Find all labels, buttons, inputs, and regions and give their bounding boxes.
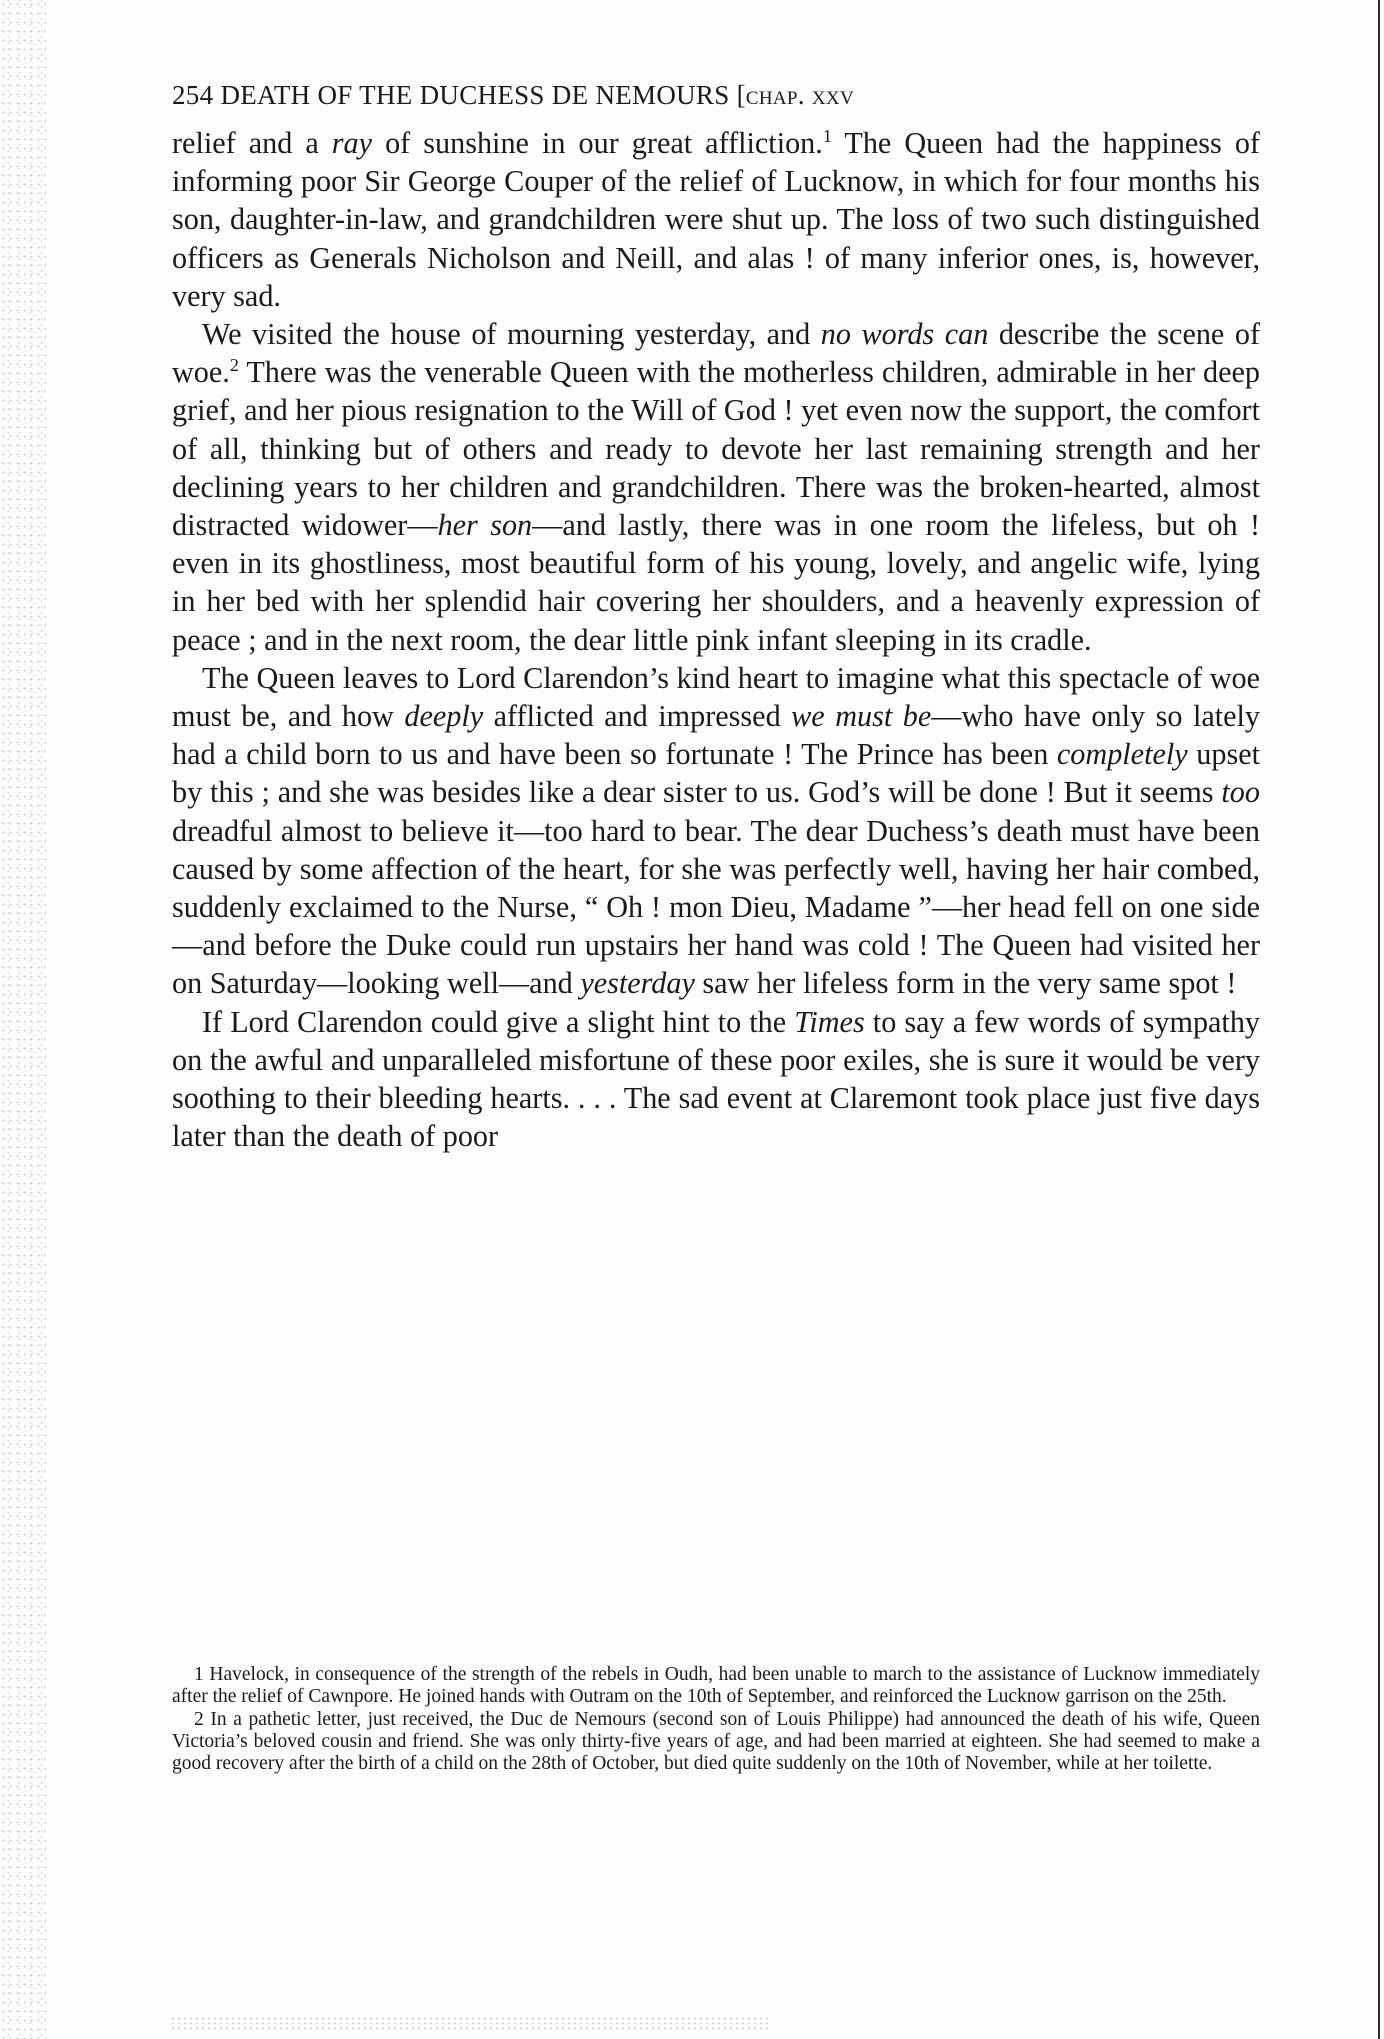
italic-emphasis: her son (438, 508, 533, 542)
italic-emphasis: completely (1057, 737, 1188, 771)
italic-emphasis: deeply (404, 699, 483, 733)
chapter-label: [chap. xxv (737, 80, 854, 110)
body-paragraph: If Lord Clarendon could give a slight hi… (172, 1003, 1260, 1156)
text-run: We visited the house of mourning yesterd… (202, 317, 821, 351)
scan-bottom-speckle (170, 2016, 770, 2030)
text-run: relief and a (172, 126, 332, 160)
footnote-text: In a pathetic letter, just received, the… (172, 1709, 1260, 1775)
footnote-reference: 2 (230, 355, 239, 375)
running-head: 254 DEATH OF THE DUCHESS DE NEMOURS [cha… (172, 80, 1260, 116)
body-paragraph: We visited the house of mourning yesterd… (172, 315, 1260, 659)
italic-emphasis: too (1221, 775, 1260, 809)
body-paragraph: relief and a ray of sunshine in our grea… (172, 124, 1260, 315)
italic-emphasis: Times (794, 1005, 864, 1039)
italic-emphasis: yesterday (580, 966, 695, 1000)
italic-emphasis: we must be (791, 699, 931, 733)
text-run: saw her lifeless form in the very same s… (695, 966, 1237, 1000)
footnote-marker: 2 (194, 1709, 210, 1730)
footnote-reference: 1 (823, 126, 832, 146)
body-paragraph: The Queen leaves to Lord Clarendon’s kin… (172, 659, 1260, 1003)
footnote-marker: 1 (194, 1664, 209, 1685)
body-text: relief and a ray of sunshine in our grea… (172, 124, 1260, 1155)
scan-margin-speckle (0, 0, 46, 2039)
page-number: 254 (172, 80, 213, 110)
running-title: DEATH OF THE DUCHESS DE NEMOURS (220, 80, 729, 110)
footnotes: 1 Havelock, in consequence of the streng… (172, 1664, 1260, 1775)
footnote: 1 Havelock, in consequence of the streng… (172, 1664, 1260, 1709)
footnote-text: Havelock, in consequence of the strength… (172, 1664, 1260, 1707)
text-run: of sunshine in our great affliction. (372, 126, 823, 160)
text-run: If Lord Clarendon could give a slight hi… (202, 1005, 794, 1039)
footnote: 2 In a pathetic letter, just received, t… (172, 1709, 1260, 1776)
text-run: afflicted and impressed (483, 699, 791, 733)
italic-emphasis: no words can (821, 317, 989, 351)
scanned-book-page: 254 DEATH OF THE DUCHESS DE NEMOURS [cha… (0, 0, 1384, 2039)
page-edge-rule (1378, 0, 1380, 2039)
italic-emphasis: ray (332, 126, 372, 160)
